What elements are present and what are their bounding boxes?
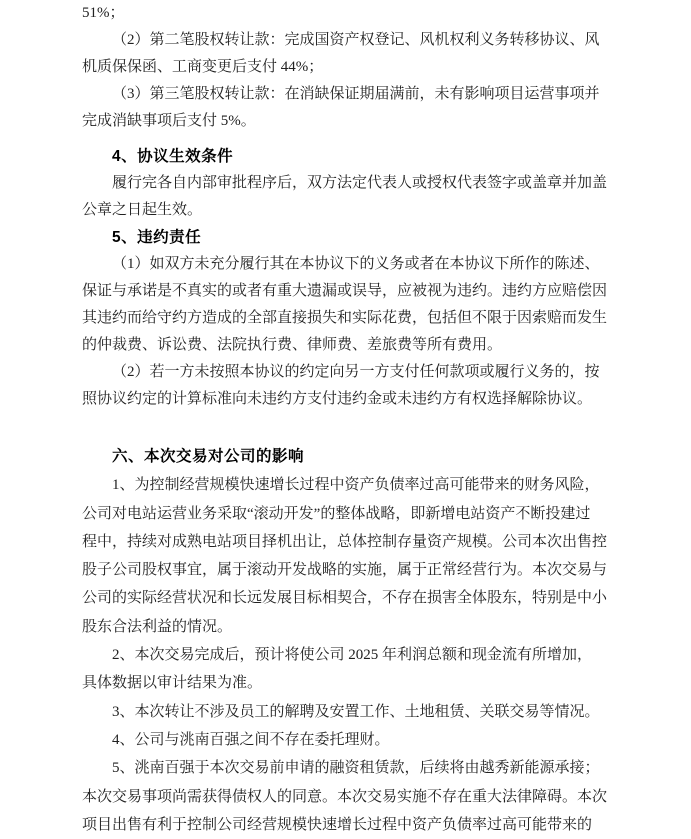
text-line: 1、为控制经营规模快速增长过程中资产负债率过高可能带来的财务风险， bbox=[82, 471, 612, 499]
text-line: 照协议约定的计算标准向未违约方支付违约金或未违约方有权选择解除协议。 bbox=[82, 386, 612, 413]
text-line: 履行完各自内部审批程序后，双方法定代表人或授权代表签字或盖章并加盖 bbox=[82, 170, 612, 197]
text-line: 项目出售有利于控制公司经营规模快速增长过程中资产负债率过高可能带来的 bbox=[82, 811, 612, 839]
text-line: 本次交易事项尚需获得债权人的同意。本次交易实施不存在重大法律障碍。本次 bbox=[82, 783, 612, 811]
text-line: （2）第二笔股权转让款：完成国资产权登记、风机权利义务转移协议、风 bbox=[82, 27, 612, 54]
text-line: 股东合法利益的情况。 bbox=[82, 613, 612, 641]
text-line: 3、本次转让不涉及员工的解聘及安置工作、土地租赁、关联交易等情况。 bbox=[82, 698, 612, 726]
text-line: 其违约而给守约方造成的全部直接损失和实际花费，包括但不限于因索赔而发生 bbox=[82, 305, 612, 332]
text-line: （1）如双方未充分履行其在本协议下的义务或者在本协议下所作的陈述、 bbox=[82, 251, 612, 278]
text-line: 51%； bbox=[82, 0, 612, 27]
section-heading-breach-liability: 5、违约责任 bbox=[82, 224, 612, 251]
text-line: 保证与承诺是不真实的或者有重大遗漏或误导，应被视为违约。违约方应赔偿因 bbox=[82, 278, 612, 305]
text-line: （2）若一方未按照本协议的约定向另一方支付任何款项或履行义务的，按 bbox=[82, 359, 612, 386]
text-line: 机质保保函、工商变更后支付 44%； bbox=[82, 54, 612, 81]
document-body: 51%； （2）第二笔股权转让款：完成国资产权登记、风机权利义务转移协议、风 机… bbox=[82, 0, 612, 839]
text-line: 的仲裁费、诉讼费、法院执行费、律师费、差旅费等所有费用。 bbox=[82, 332, 612, 359]
text-line: 公司的实际经营状况和长远发展目标相契合，不存在损害全体股东，特别是中小 bbox=[82, 584, 612, 612]
text-line: 具体数据以审计结果为准。 bbox=[82, 669, 612, 697]
text-line: 股子公司股权事宜，属于滚动开发战略的实施，属于正常经营行为。本次交易与 bbox=[82, 556, 612, 584]
section-heading-agreement-effectiveness: 4、协议生效条件 bbox=[82, 143, 612, 170]
document-page: 51%； （2）第二笔股权转让款：完成国资产权登记、风机权利义务转移协议、风 机… bbox=[0, 0, 691, 839]
text-line: 5、洮南百强于本次交易前申请的融资租赁款，后续将由越秀新能源承接； bbox=[82, 754, 612, 782]
text-line: 4、公司与洮南百强之间不存在委托理财。 bbox=[82, 726, 612, 754]
text-line: 2、本次交易完成后，预计将使公司 2025 年利润总额和现金流有所增加， bbox=[82, 641, 612, 669]
text-line: 公章之日起生效。 bbox=[82, 197, 612, 224]
text-line: 公司对电站运营业务采取“滚动开发”的整体战略，即新增电站资产不断投建过 bbox=[82, 500, 612, 528]
text-line: （3）第三笔股权转让款：在消缺保证期届满前，未有影响项目运营事项并 bbox=[82, 81, 612, 108]
text-line: 程中，持续对成熟电站项目择机出让，总体控制存量资产规模。公司本次出售控 bbox=[82, 528, 612, 556]
section-heading-transaction-impact: 六、本次交易对公司的影响 bbox=[82, 443, 612, 471]
text-line: 完成消缺事项后支付 5%。 bbox=[82, 108, 612, 135]
